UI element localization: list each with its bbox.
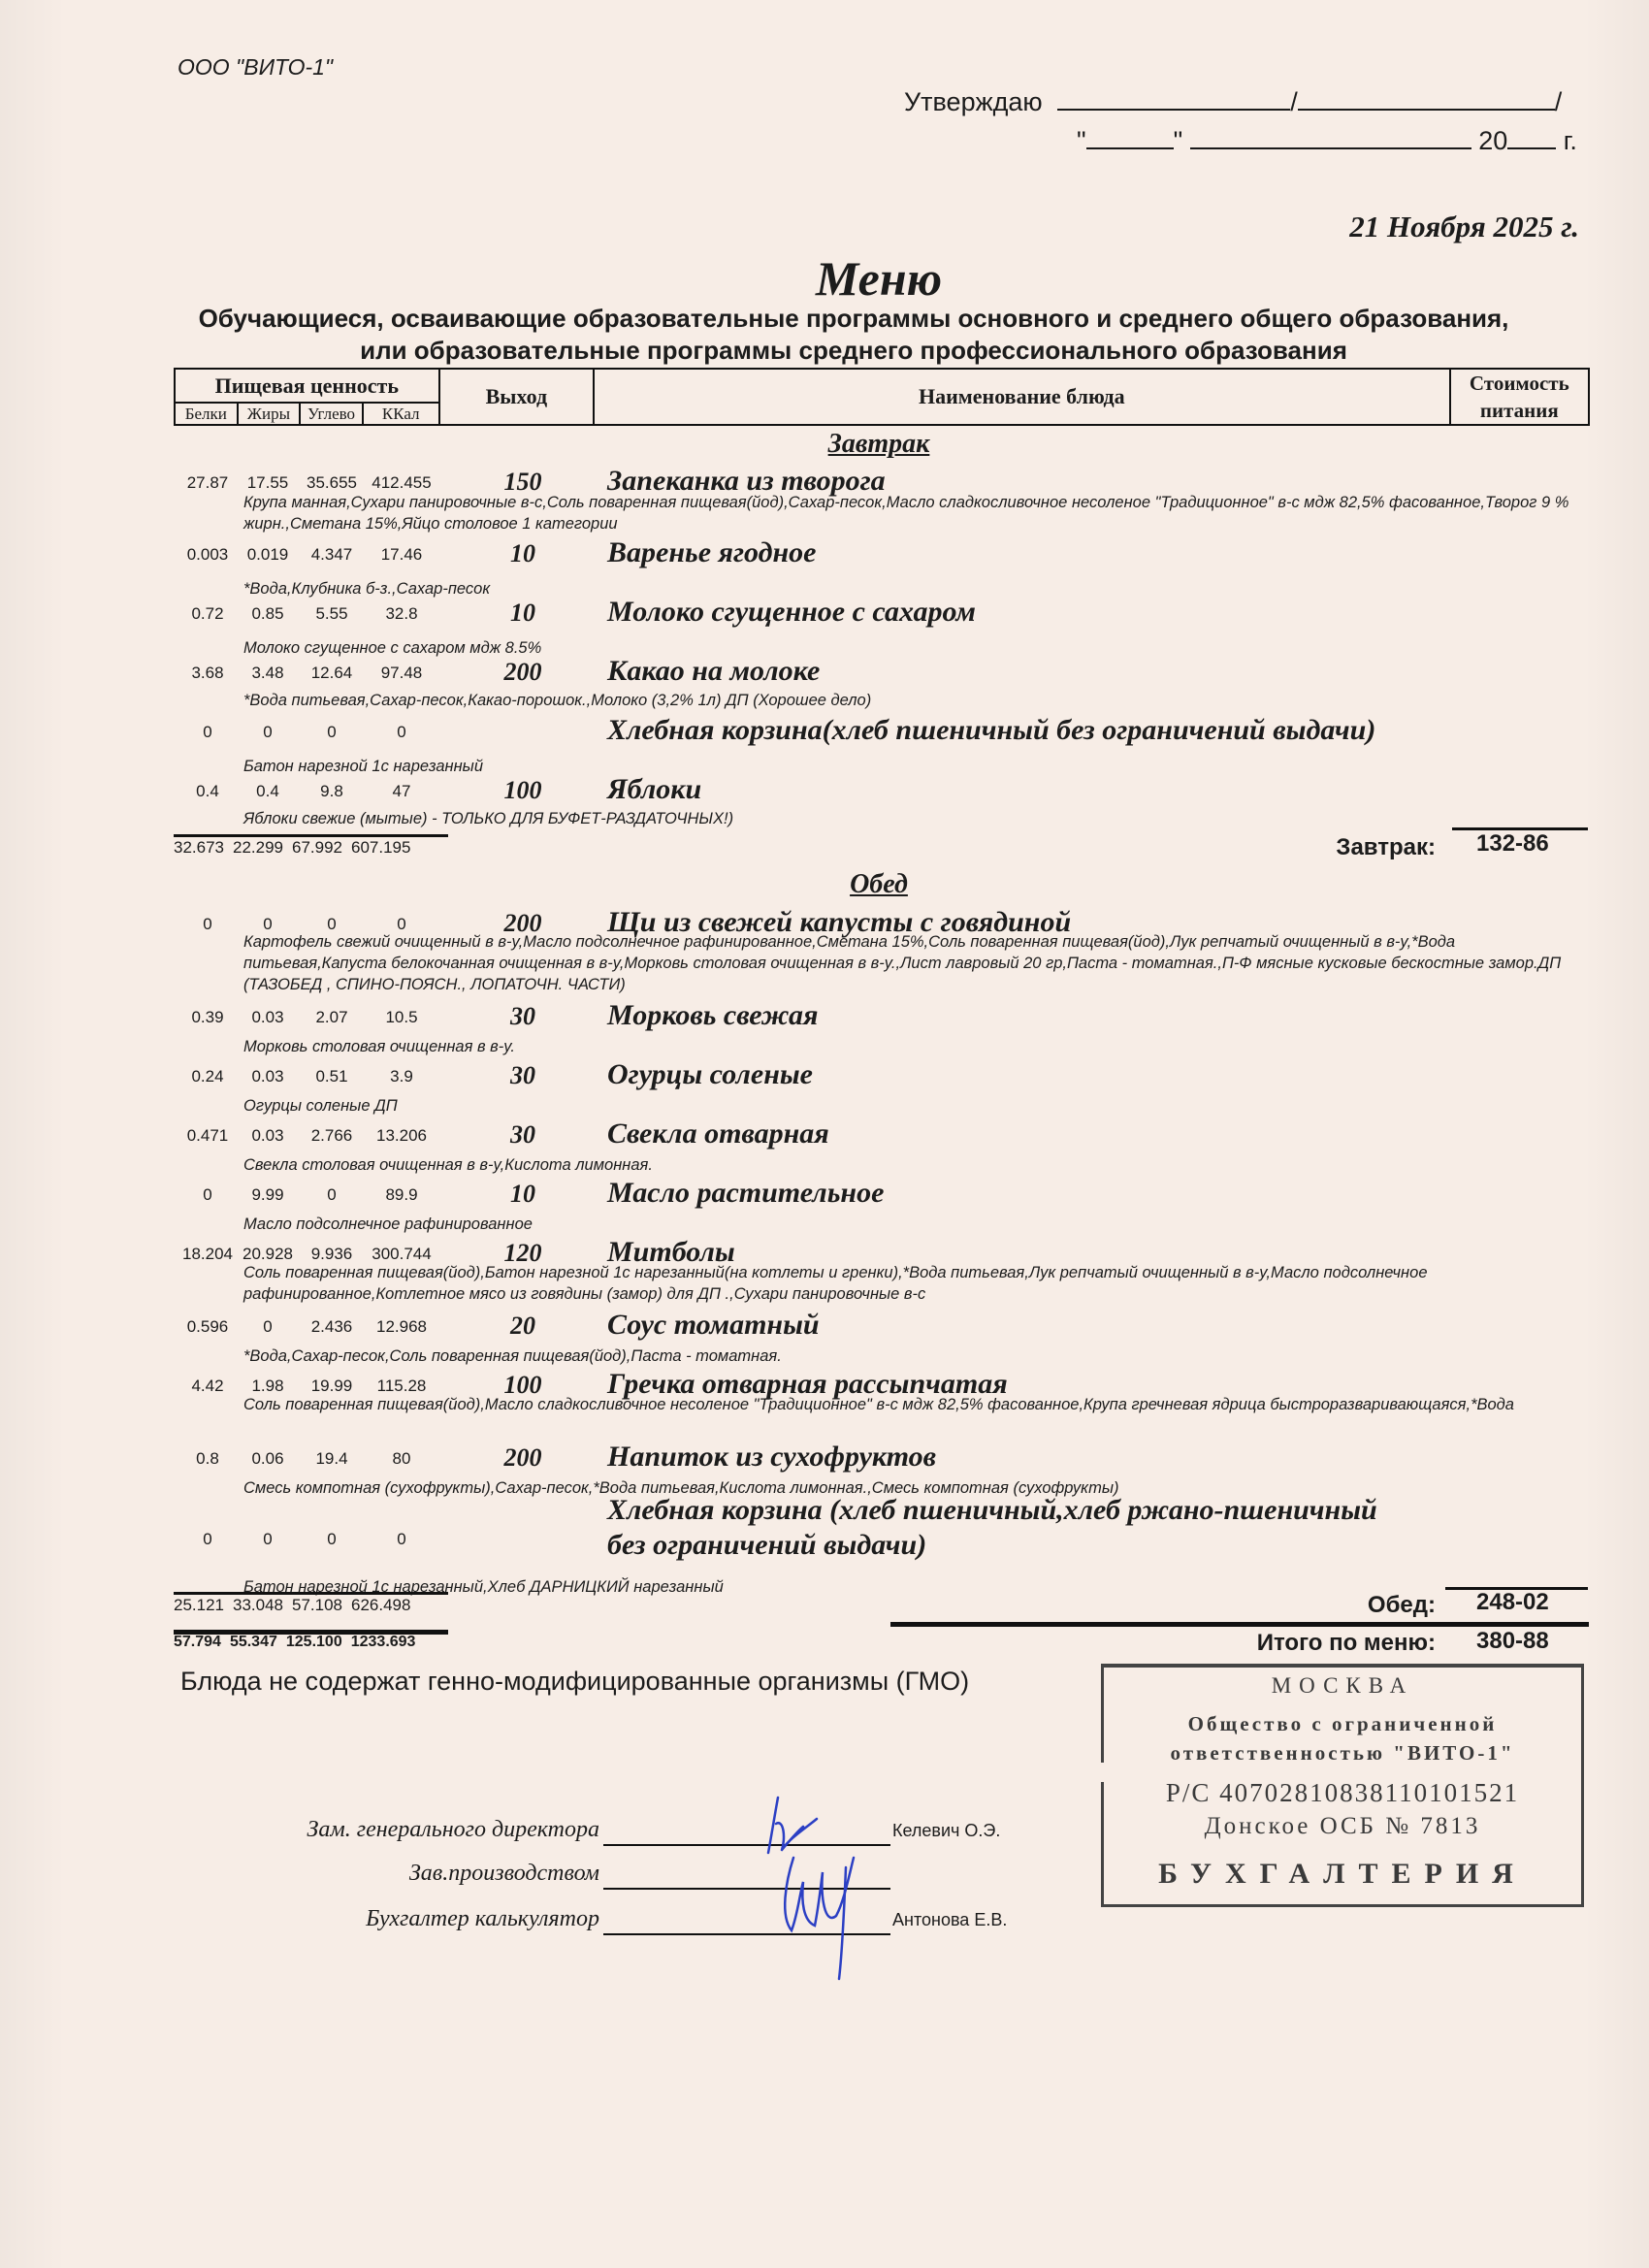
dish-name: Соус томатный (607, 1308, 1577, 1343)
grand-total-label: Итого по меню: (1145, 1630, 1436, 1657)
dish-carbs: 0 (298, 1185, 366, 1205)
dish-protein: 0.4 (174, 782, 242, 801)
gmo-note: Блюда не содержат генно-модифицированные… (180, 1667, 969, 1697)
dish-ingredients: Масло подсолнечное рафинированное (243, 1214, 1592, 1235)
breakfast-totals: 32.67322.29967.992607.195 (174, 838, 419, 858)
dish-yield: 10 (484, 539, 562, 568)
dish-fat: 0.03 (234, 1067, 302, 1086)
breakfast-cost: 132-86 (1476, 830, 1549, 858)
signature-role-deputy-director: Зам. генерального директора (250, 1817, 599, 1843)
dish-carbs: 9.936 (298, 1245, 366, 1264)
fat-header: Жиры (238, 403, 301, 425)
dish-yield: 30 (484, 1002, 562, 1031)
month-line (1190, 124, 1471, 149)
dish-fat: 3.48 (234, 664, 302, 683)
dish-ingredients: *Вода,Сахар-песок,Соль поваренная пищева… (243, 1345, 1592, 1367)
cost-header: Стоимость питания (1450, 369, 1589, 425)
grand-fat: 55.347 (230, 1634, 277, 1651)
dish-carbs: 4.347 (298, 545, 366, 565)
total-fat: 22.299 (233, 838, 283, 858)
dish-fat: 0 (234, 1317, 302, 1337)
dish-kcal: 0 (368, 1530, 436, 1549)
dish-carbs: 0.51 (298, 1067, 366, 1086)
dish-fat: 0.85 (234, 604, 302, 624)
dish-kcal: 80 (368, 1449, 436, 1469)
dish-kcal: 47 (368, 782, 436, 801)
approval-block: Утверждаю // (904, 85, 1562, 117)
day-line (1086, 124, 1174, 149)
dish-fat: 9.99 (234, 1185, 302, 1205)
dish-protein: 0.72 (174, 604, 242, 624)
total-fat: 33.048 (233, 1596, 283, 1615)
dish-name: Яблоки (607, 772, 1577, 807)
grand-total-rule (890, 1622, 1589, 1627)
dish-yield: 10 (484, 599, 562, 628)
dish-name: Варенье ягодное (607, 535, 1577, 570)
dish-carbs: 19.99 (298, 1377, 366, 1396)
carbs-header: Углево (300, 403, 363, 425)
dish-protein: 18.204 (174, 1245, 242, 1264)
dish-protein: 0 (174, 915, 242, 934)
dish-protein: 0.003 (174, 545, 242, 565)
approval-label: Утверждаю (904, 87, 1043, 116)
lunch-totals: 25.12133.04857.108626.498 (174, 1596, 419, 1615)
dish-protein: 0 (174, 723, 242, 742)
dish-protein: 0 (174, 1530, 242, 1549)
dish-carbs: 2.436 (298, 1317, 366, 1337)
year-prefix: 20 (1478, 126, 1507, 155)
dish-kcal: 300.744 (368, 1245, 436, 1264)
lunch-cost: 248-02 (1476, 1589, 1549, 1616)
grand-kcal: 1233.693 (351, 1634, 416, 1651)
dish-protein: 3.68 (174, 664, 242, 683)
dish-yield: 20 (484, 1312, 562, 1341)
cost-header-line2: питания (1451, 397, 1588, 424)
separator: / (1290, 87, 1298, 116)
separator: / (1555, 87, 1563, 116)
dish-protein: 0.39 (174, 1008, 242, 1027)
stamp-department: БУХГАЛТЕРИЯ (1104, 1858, 1581, 1891)
grand-totals: 57.79455.347125.1001233.693 (174, 1634, 424, 1651)
dish-ingredients: Соль поваренная пищевая(йод),Масло сладк… (243, 1394, 1592, 1415)
dish-protein: 0.8 (174, 1449, 242, 1469)
dish-name: Масло растительное (607, 1176, 1577, 1211)
dish-carbs: 12.64 (298, 664, 366, 683)
document-date: 21 Ноября 2025 г. (1349, 210, 1579, 244)
section-title-lunch: Обед (0, 869, 1649, 900)
stamp-account: Р/С 40702810838110101521 (1104, 1778, 1581, 1808)
approver-signature-line (1057, 85, 1290, 111)
dish-yield: 10 (484, 1180, 562, 1209)
dish-yield: 30 (484, 1120, 562, 1150)
stamp-line1: Общество с ограниченной (1104, 1712, 1581, 1736)
cost-header-line1: Стоимость (1451, 370, 1588, 397)
company-name: ООО "ВИТО-1" (178, 54, 333, 81)
quote: " (1174, 126, 1183, 155)
breakfast-totals-rule (174, 834, 448, 837)
dish-name: Свекла отварная (607, 1117, 1577, 1151)
dish-carbs: 0 (298, 723, 366, 742)
dish-kcal: 12.968 (368, 1317, 436, 1337)
dish-kcal: 13.206 (368, 1126, 436, 1146)
dish-kcal: 10.5 (368, 1008, 436, 1027)
dish-ingredients: Яблоки свежие (мытые) - ТОЛЬКО ДЛЯ БУФЕТ… (243, 808, 1592, 829)
grand-protein: 57.794 (174, 1634, 221, 1651)
signature-role-production-head: Зав.производством (250, 1861, 599, 1887)
menu-table-header: Пищевая ценность Выход Наименование блюд… (174, 368, 1590, 426)
page-title: Меню (0, 250, 1649, 307)
dish-carbs: 0 (298, 1530, 366, 1549)
dish-yield: 30 (484, 1061, 562, 1090)
dish-name: Морковь свежая (607, 998, 1577, 1033)
grand-total-cost: 380-88 (1476, 1628, 1549, 1655)
company-stamp: МОСКВА Общество с ограниченной ответстве… (1101, 1664, 1584, 1907)
dish-kcal: 115.28 (368, 1377, 436, 1396)
dish-kcal: 97.48 (368, 664, 436, 683)
dish-ingredients: Соль поваренная пищевая(йод),Батон нарез… (243, 1262, 1592, 1305)
dish-kcal: 3.9 (368, 1067, 436, 1086)
approval-date-line: "" 20 г. (1077, 124, 1577, 156)
dish-fat: 0.06 (234, 1449, 302, 1469)
approver-name-line (1298, 85, 1555, 111)
dish-fat: 0 (234, 723, 302, 742)
dish-name: Молоко сгущенное с сахаром (607, 595, 1577, 630)
dish-kcal: 32.8 (368, 604, 436, 624)
dish-ingredients: Свекла столовая очищенная в в-у,Кислота … (243, 1154, 1592, 1176)
dish-fat: 0.03 (234, 1008, 302, 1027)
dish-fat: 1.98 (234, 1377, 302, 1396)
dish-yield: 200 (484, 1443, 562, 1473)
dish-name: Напиток из сухофруктов (607, 1440, 1577, 1474)
dish-carbs: 2.07 (298, 1008, 366, 1027)
total-kcal: 607.195 (351, 838, 410, 858)
dish-name: Огурцы соленые (607, 1057, 1577, 1092)
dish-ingredients: *Вода питьевая,Сахар-песок,Какао-порошок… (243, 690, 1592, 711)
dish-carbs: 19.4 (298, 1449, 366, 1469)
dish-name: Какао на молоке (607, 654, 1577, 689)
dish-fat: 0.03 (234, 1126, 302, 1146)
signature-role-accountant: Бухгалтер калькулятор (250, 1906, 599, 1932)
dish-name-header: Наименование блюда (594, 369, 1449, 425)
dish-yield: 200 (484, 658, 562, 687)
yield-header: Выход (439, 369, 595, 425)
dish-fat: 20.928 (234, 1245, 302, 1264)
dish-fat: 17.55 (234, 473, 302, 493)
year-suffix: г. (1564, 126, 1577, 155)
nutrition-header: Пищевая ценность (175, 369, 439, 403)
dish-protein: 0.471 (174, 1126, 242, 1146)
breakfast-cost-label: Завтрак: (1232, 834, 1436, 861)
year-line (1507, 124, 1556, 149)
stamp-city: МОСКВА (1104, 1673, 1581, 1699)
dish-ingredients: Крупа манная,Сухари панировочные в-с,Сол… (243, 492, 1592, 535)
total-kcal: 626.498 (351, 1596, 410, 1615)
dish-kcal: 89.9 (368, 1185, 436, 1205)
total-carbs: 57.108 (292, 1596, 342, 1615)
stamp-bank: Донское ОСБ № 7813 (1104, 1813, 1581, 1840)
dish-fat: 0.4 (234, 782, 302, 801)
dish-ingredients: Картофель свежий очищенный в в-у,Масло п… (243, 931, 1592, 995)
dish-carbs: 5.55 (298, 604, 366, 624)
dish-yield: 100 (484, 776, 562, 805)
dish-kcal: 0 (368, 723, 436, 742)
dish-kcal: 412.455 (368, 473, 436, 493)
section-title-breakfast: Завтрак (0, 429, 1649, 460)
dish-fat: 0 (234, 1530, 302, 1549)
lunch-cost-label: Обед: (1232, 1592, 1436, 1619)
grand-carbs: 125.100 (286, 1634, 342, 1651)
stamp-line2: ответственностью "ВИТО-1" (1104, 1741, 1581, 1766)
kcal-header: ККал (363, 403, 439, 425)
dish-fat: 0.019 (234, 545, 302, 565)
dish-protein: 0.596 (174, 1317, 242, 1337)
dish-protein: 27.87 (174, 473, 242, 493)
dish-protein: 0 (174, 1185, 242, 1205)
dish-carbs: 2.766 (298, 1126, 366, 1146)
page-subtitle: Обучающиеся, осваивающие образовательные… (175, 303, 1533, 367)
dish-name: Хлебная корзина(хлеб пшеничный без огран… (607, 713, 1577, 748)
quote: " (1077, 126, 1086, 155)
dish-protein: 0.24 (174, 1067, 242, 1086)
handwritten-signature-icon (757, 1790, 912, 1984)
total-protein: 25.121 (174, 1596, 224, 1615)
dish-name: Хлебная корзина (хлеб пшеничный,хлеб ржа… (607, 1493, 1422, 1563)
dish-carbs: 9.8 (298, 782, 366, 801)
dish-ingredients: Морковь столовая очищенная в в-у. (243, 1036, 1592, 1057)
dish-ingredients: Огурцы соленые ДП (243, 1095, 1592, 1117)
lunch-totals-rule (174, 1592, 448, 1595)
protein-header: Белки (175, 403, 238, 425)
dish-carbs: 35.655 (298, 473, 366, 493)
total-carbs: 67.992 (292, 838, 342, 858)
dish-kcal: 17.46 (368, 545, 436, 565)
dish-protein: 4.42 (174, 1377, 242, 1396)
total-protein: 32.673 (174, 838, 224, 858)
